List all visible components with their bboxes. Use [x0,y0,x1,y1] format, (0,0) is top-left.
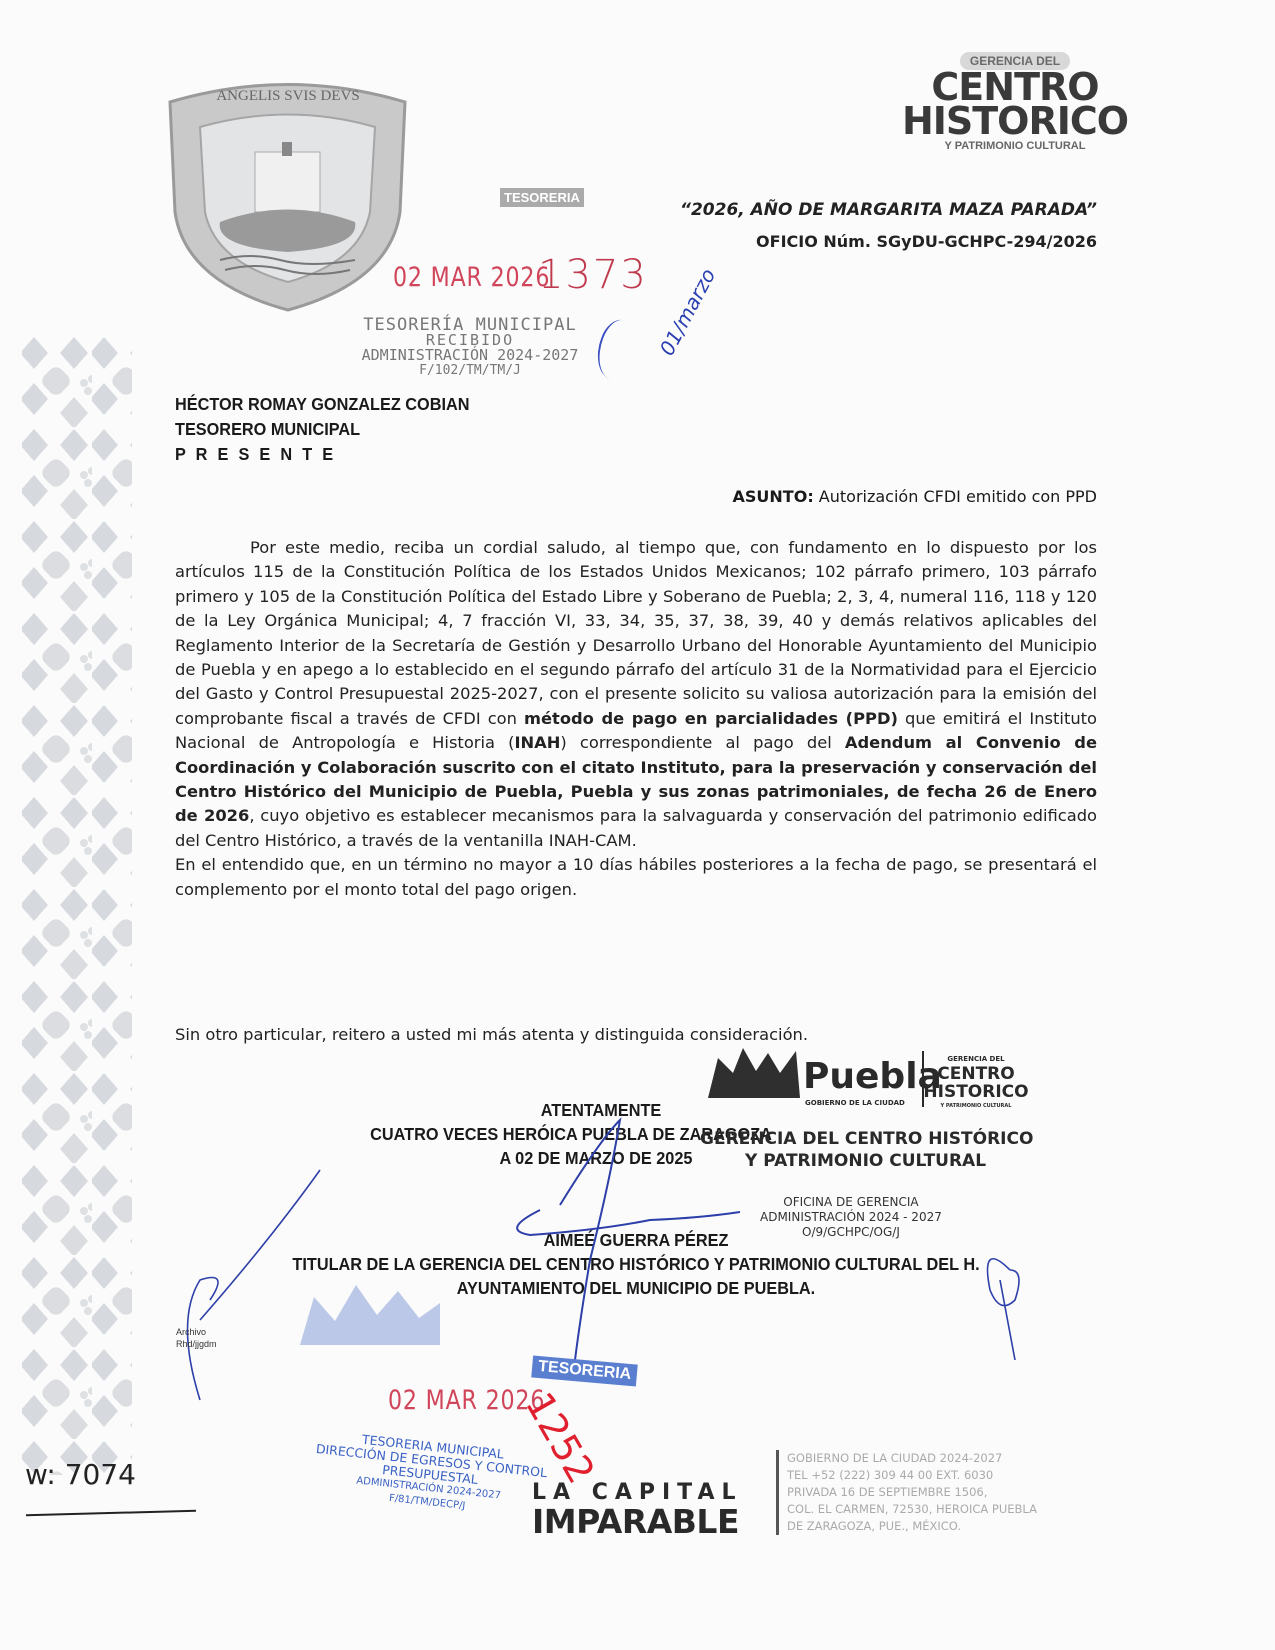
svg-text:Puebla: Puebla [803,1056,942,1097]
recipient-presente: P R E S E N T E [175,442,469,467]
oficio-number: OFICIO Núm. SGyDU-GCHPC-294/2026 [756,232,1097,251]
logo-line-2: HISTORICO [890,104,1140,138]
la-capital-imparable-logo: LA CAPITAL IMPARABLE [532,1480,743,1539]
decorative-border-pattern [22,335,132,1475]
addressee-block: HÉCTOR ROMAY GONZALEZ COBIAN TESORERO MU… [175,392,469,467]
received-date-stamp: 02 MAR 2026 [393,262,550,293]
body-paragraph-2: En el entendido que, en un término no ma… [175,853,1097,902]
recipient-name: HÉCTOR ROMAY GONZALEZ COBIAN [175,392,469,417]
archive-reference: Archivo Rhd/jjgdm [176,1326,217,1350]
year-motto: “2026, AÑO DE MARGARITA MAZA PARADA” [680,200,1097,220]
centro-historico-logo: GERENCIA DEL CENTRO HISTORICO Y PATRIMON… [890,52,1140,152]
svg-text:GERENCIA DEL: GERENCIA DEL [947,1055,1005,1063]
footer-address: GOBIERNO DE LA CIUDAD 2024-2027 TEL +52 … [776,1450,1037,1535]
recipient-title: TESORERO MUNICIPAL [175,417,469,442]
body-paragraph-1: Por este medio, reciba un cordial saludo… [175,536,1097,853]
handwritten-folio: w: 7074 [25,1458,136,1491]
folio-underline [26,1510,196,1516]
svg-text:ANGELIS SVIS DEVS: ANGELIS SVIS DEVS [216,88,359,104]
tesoreria-badge-top: TESORERIA [500,188,584,207]
subject-label: ASUNTO: [733,487,814,506]
subject-text: Autorización CFDI emitido con PPD [814,487,1097,506]
tesoreria-received-stamp: TESORERÍA MUNICIPAL RECIBIDO ADMINISTRAC… [330,318,610,378]
city-coat-of-arms: ANGELIS SVIS DEVS [160,72,415,312]
letter-body: Por este medio, reciba un cordial saludo… [175,536,1097,902]
handwritten-number-top: 1373 [538,252,648,298]
svg-text:CENTRO: CENTRO [937,1064,1014,1084]
closing-line: Sin otro particular, reitero a usted mi … [175,1025,808,1044]
subject-line: ASUNTO: Autorización CFDI emitido con PP… [733,487,1097,506]
handwritten-note: 01/marzo [655,264,721,359]
